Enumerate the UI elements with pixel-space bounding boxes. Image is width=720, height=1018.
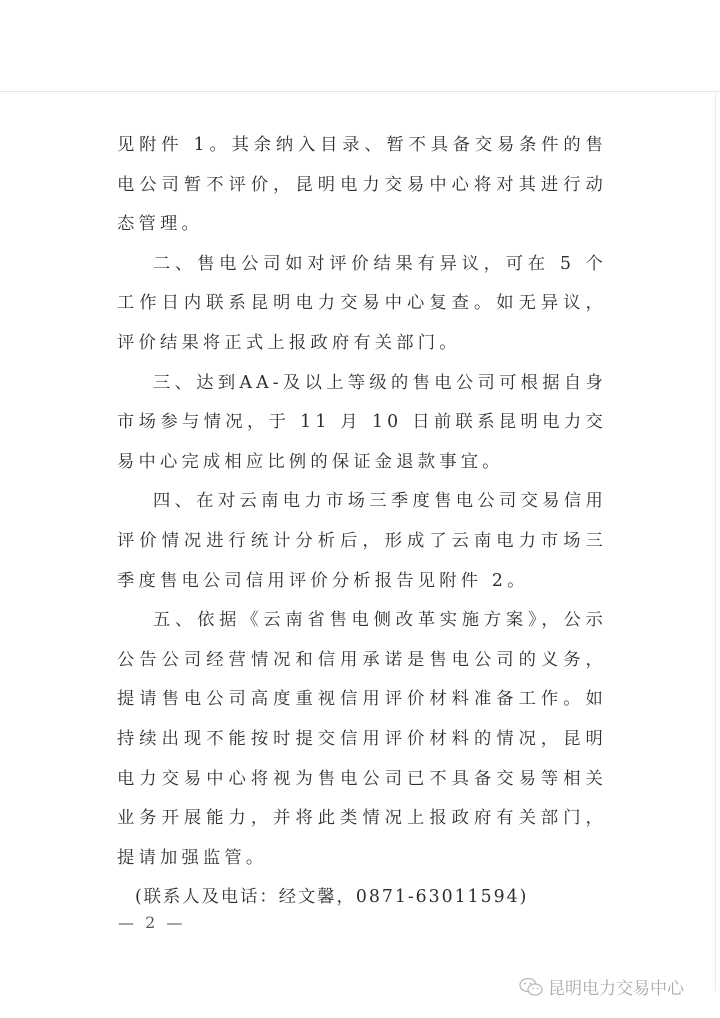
wechat-watermark: 昆明电力交易中心 <box>518 974 684 999</box>
page-divider-line <box>0 91 720 92</box>
paragraph-item-5: 五、依据《云南省售电侧改革实施方案》，公示公告公司经营情况和信用承诺是售电公司的… <box>117 601 607 878</box>
page-number: — 2 — <box>118 913 185 932</box>
watermark-text: 昆明电力交易中心 <box>548 974 684 999</box>
paragraph-item-3: 三、达到AA-及以上等级的售电公司可根据自身市场参与情况，于 11 月 10 日… <box>117 364 607 483</box>
document-body: 见附件 1。其余纳入目录、暂不具备交易条件的售电公司暂不评价，昆明电力交易中心将… <box>117 126 607 918</box>
wechat-icon <box>518 977 544 997</box>
paragraph-item-2: 二、售电公司如对评价结果有异议，可在 5 个工作日内联系昆明电力交易中心复查。如… <box>117 245 607 364</box>
paragraph-item-4: 四、在对云南电力市场三季度售电公司交易信用评价情况进行统计分析后，形成了云南电力… <box>117 482 607 601</box>
page-edge-line <box>715 91 716 991</box>
paragraph-continuation: 见附件 1。其余纳入目录、暂不具备交易条件的售电公司暂不评价，昆明电力交易中心将… <box>117 126 607 245</box>
contact-info: (联系人及电话：经文馨，0871-63011594) <box>117 878 607 918</box>
